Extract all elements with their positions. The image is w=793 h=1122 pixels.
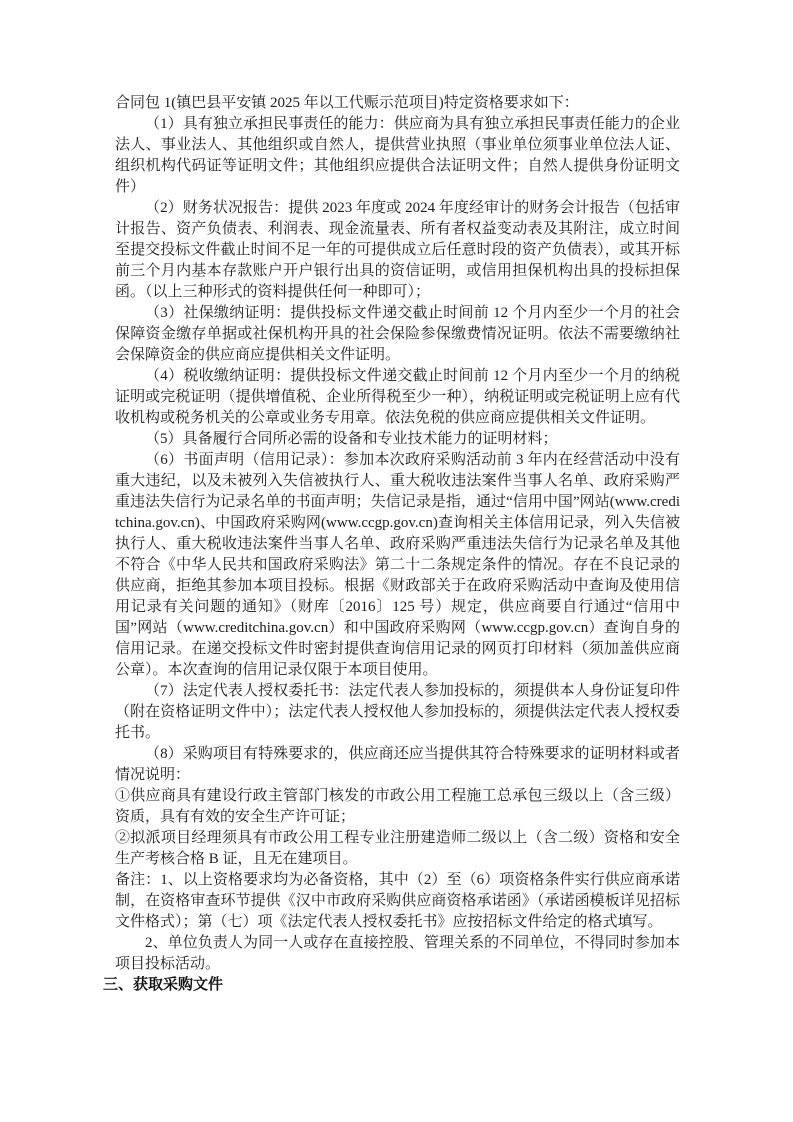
qualification-item-7: （7）法定代表人授权委托书：法定代表人参加投标的，须提供本人身份证复印件（附在资… [115,681,680,744]
special-requirement-item-1: ①供应商具有建设行政主管部门核发的市政公用工程施工总承包三级以上（含三级）资质，… [115,786,680,828]
special-requirement-item-2: ②拟派项目经理须具有市政公用工程专业注册建造师二级以上（含二级）资格和安全生产考… [115,828,680,870]
qualification-item-2: （2）财务状况报告：提供 2023 年度或 2024 年度经审计的财务会计报告（… [115,198,680,303]
remark-note-2: 2、单位负责人为同一人或存在直接控股、管理关系的不同单位，不得同时参加本项目投标… [115,933,680,975]
qualification-requirements-section: 合同包 1(镇巴县平安镇 2025 年以工代赈示范项目)特定资格要求如下： （1… [103,93,680,975]
remark-note-1: 备注：1、以上资格要求均为必备资格，其中（2）至（6）项资格条件实行供应商承诺制… [115,870,680,933]
qualification-item-5: （5）具备履行合同所必需的设备和专业技术能力的证明材料； [115,429,680,450]
contract-package-intro: 合同包 1(镇巴县平安镇 2025 年以工代赈示范项目)特定资格要求如下： [115,93,680,114]
document-page: 合同包 1(镇巴县平安镇 2025 年以工代赈示范项目)特定资格要求如下： （1… [0,0,793,1122]
qualification-item-6: （6）书面声明（信用记录）：参加本次政府采购活动前 3 年内在经营活动中没有重大… [115,450,680,681]
section-heading-get-procurement-documents: 三、获取采购文件 [103,975,680,996]
qualification-item-3: （3）社保缴纳证明：提供投标文件递交截止时间前 12 个月内至少一个月的社会保障… [115,303,680,366]
qualification-item-8: （8）采购项目有特殊要求的，供应商还应当提供其符合特殊要求的证明材料或者情况说明… [115,744,680,786]
qualification-item-4: （4）税收缴纳证明：提供投标文件递交截止时间前 12 个月内至少一个月的纳税证明… [115,366,680,429]
qualification-item-1: （1）具有独立承担民事责任的能力：供应商为具有独立承担民事责任能力的企业法人、事… [115,114,680,198]
